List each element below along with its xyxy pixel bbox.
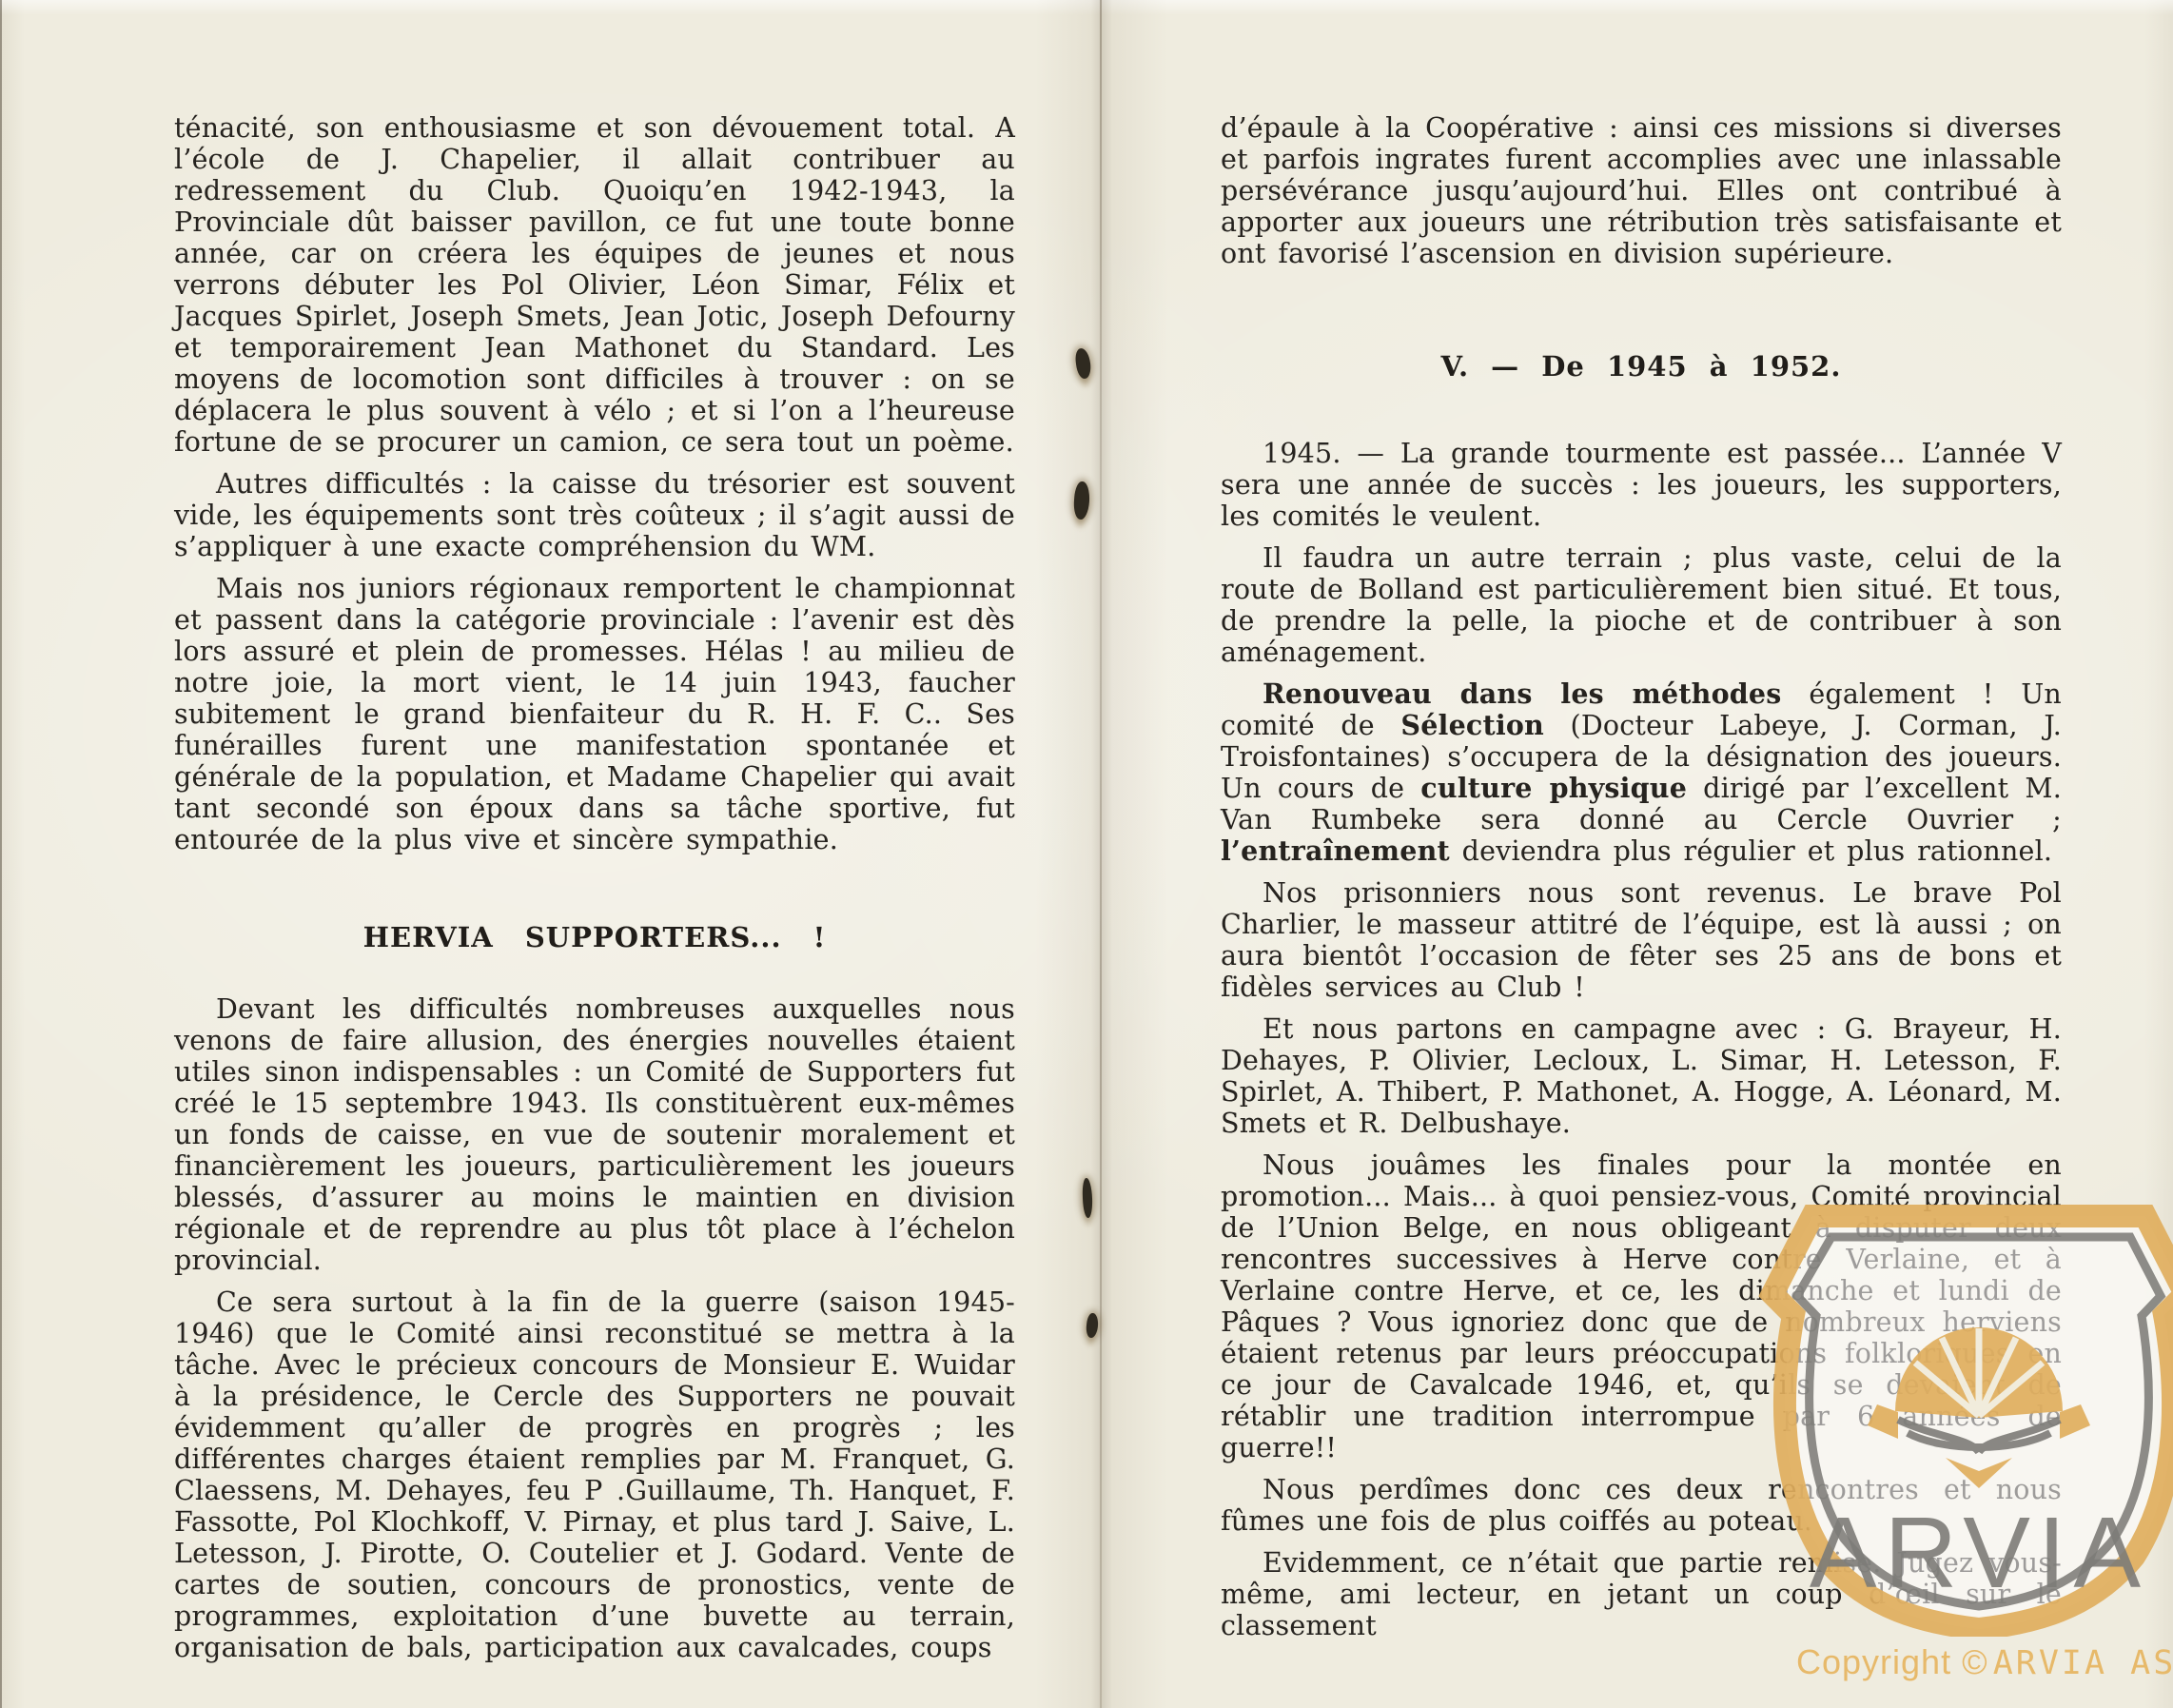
staple-mark — [1086, 1312, 1100, 1338]
right-paragraph-1: d’épaule à la Coopérative : ainsi ces mi… — [1221, 112, 2062, 269]
left-page: ténacité, son enthousiasme et son dévoue… — [174, 112, 1015, 1674]
staple-mark — [1074, 347, 1092, 380]
staple-mark — [1082, 1178, 1092, 1218]
right-paragraph-8: Nous perdîmes donc ces deux rencontres e… — [1221, 1474, 2062, 1537]
right-paragraph-9: Evidemment, ce n’était que partie remise… — [1221, 1547, 2062, 1641]
left-paragraph-3: Mais nos juniors régionaux remportent le… — [174, 573, 1015, 855]
copyright-organization: ARVIA ASBL — [1993, 1644, 2173, 1682]
left-paragraph-2: Autres difficultés : la caisse du trésor… — [174, 468, 1015, 562]
right-paragraph-4: Renouveau dans les méthodes également ! … — [1221, 678, 2062, 867]
book-scan: ténacité, son enthousiasme et son dévoue… — [0, 0, 2173, 1708]
hervia-supporters-heading: HERVIA SUPPORTERS... ! — [174, 922, 1015, 953]
copyright-prefix: Copyright © — [1796, 1642, 1988, 1681]
staple-mark — [1073, 481, 1091, 520]
right-paragraph-7: Nous jouâmes les finales pour la montée … — [1221, 1149, 2062, 1463]
left-paragraph-4: Devant les difficultés nombreuses auxque… — [174, 993, 1015, 1276]
right-paragraph-2: 1945. — La grande tourmente est passée..… — [1221, 438, 2062, 532]
right-paragraph-6: Et nous partons en campagne avec : G. Br… — [1221, 1013, 2062, 1139]
right-paragraph-3: Il faudra un autre terrain ; plus vaste,… — [1221, 542, 2062, 668]
left-paragraph-1: ténacité, son enthousiasme et son dévoue… — [174, 112, 1015, 458]
right-page: d’épaule à la Coopérative : ainsi ces mi… — [1221, 112, 2062, 1652]
right-paragraph-5: Nos prisonniers nous sont revenus. Le br… — [1221, 877, 2062, 1003]
page-fold-shadow — [1035, 0, 1168, 1708]
copyright-notice: Copyright © ARVIA ASBL — [1796, 1642, 2173, 1682]
page-fold-line — [1100, 0, 1102, 1708]
left-paragraph-5: Ce sera surtout à la fin de la guerre (s… — [174, 1286, 1015, 1663]
chapter-heading-1945-1952: V. — De 1945 à 1952. — [1221, 351, 2062, 383]
